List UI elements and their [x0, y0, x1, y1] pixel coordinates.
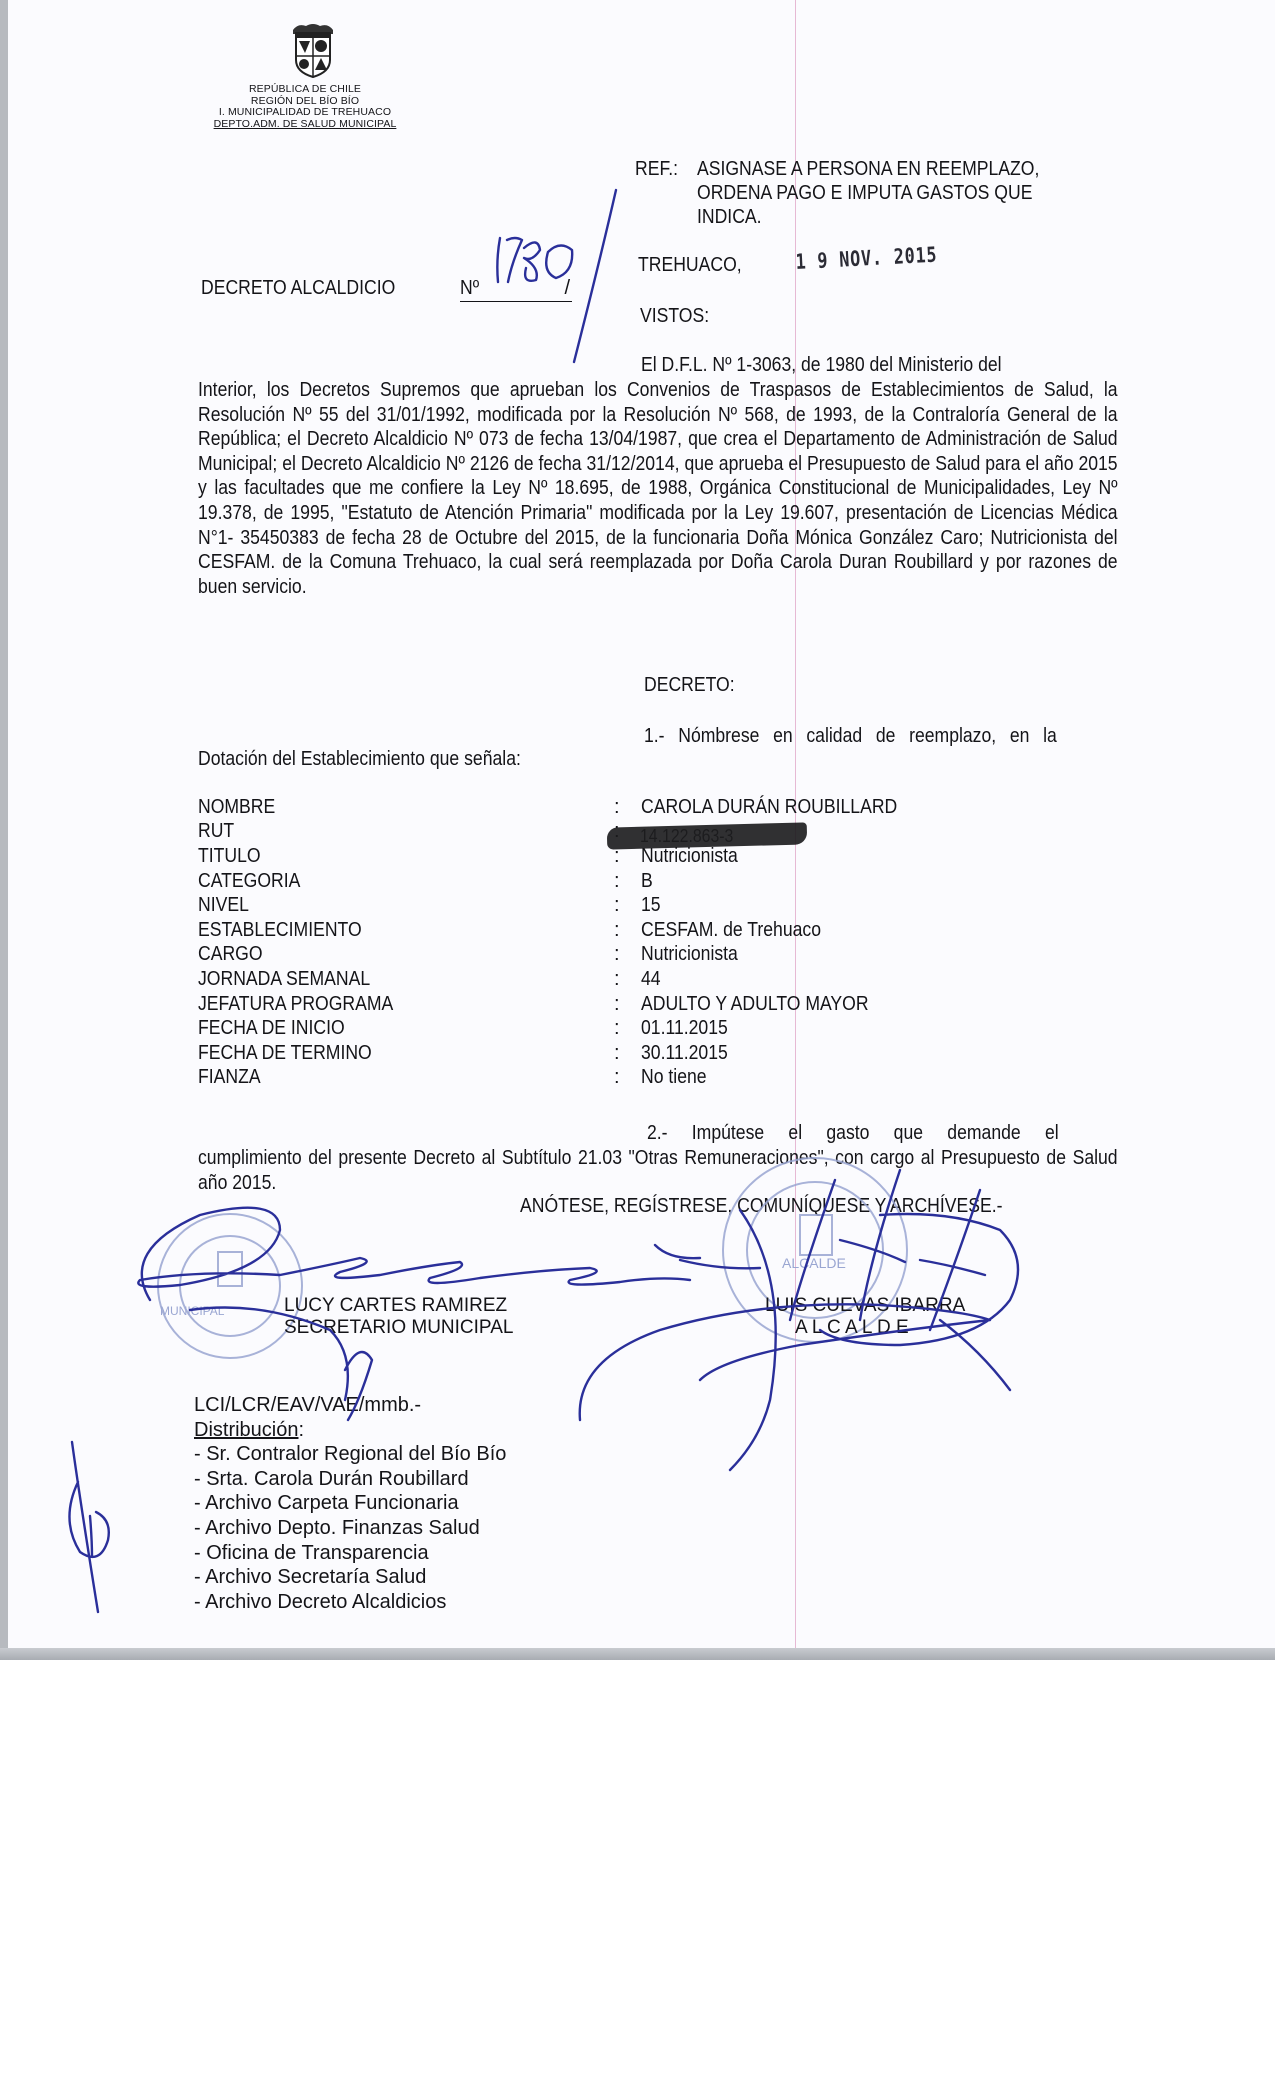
decree-title: DECRETO ALCALDICIO	[201, 277, 422, 300]
field-colon: :	[614, 1017, 620, 1040]
field-colon: :	[614, 894, 620, 917]
distribution-item: - Archivo Secretaría Salud	[194, 1565, 506, 1590]
field-colon: :	[614, 1042, 620, 1065]
field-label-categoria: CATEGORIA	[198, 870, 314, 893]
field-value-nombre: CAROLA DURÁN ROUBILLARD	[641, 796, 932, 819]
field-value-fianza: No tiene	[641, 1066, 716, 1089]
reference-line: INDICA.	[697, 206, 770, 229]
field-colon: :	[614, 845, 620, 868]
letterhead: REPÚBLICA DE CHILE REGIÓN DEL BÍO BÍO I.…	[200, 84, 410, 130]
distribution-heading: Distribución	[194, 1419, 298, 1441]
field-label-nombre: NOMBRE	[198, 796, 286, 819]
decree-number-label: Nº	[460, 277, 479, 300]
field-value-nivel: 15	[641, 894, 663, 917]
field-label-nivel: NIVEL	[198, 894, 256, 917]
distribution-item: - Archivo Decreto Alcaldicios	[194, 1590, 506, 1615]
secretary-title: SECRETARIO MUNICIPAL	[284, 1317, 513, 1339]
field-label-fecha-inicio: FECHA DE INICIO	[198, 1017, 365, 1040]
secretary-signature-block: LUCY CARTES RAMIREZ SECRETARIO MUNICIPAL	[284, 1295, 513, 1339]
field-value-fecha-inicio: 01.11.2015	[641, 1017, 740, 1040]
field-colon: :	[614, 870, 620, 893]
mayor-name: LUIS CUEVAS IBARRA	[765, 1295, 965, 1317]
field-label-jefatura: JEFATURA PROGRAMA	[198, 993, 420, 1016]
reference-line: ORDENA PAGO E IMPUTA GASTOS QUE	[697, 182, 1078, 205]
closing-formula: ANÓTESE, REGÍSTRESE, COMUNÍQUESE Y ARCHÍ…	[520, 1195, 1068, 1218]
scan-bottom-edge	[0, 1648, 1275, 1660]
field-colon: :	[614, 968, 620, 991]
place-label: TREHUACO,	[638, 254, 756, 277]
secretary-name: LUCY CARTES RAMIREZ	[284, 1295, 513, 1317]
decreto-item2-body: cumplimiento del presente Decreto al Sub…	[198, 1146, 1118, 1195]
field-value-cargo: Nutricionista	[641, 943, 751, 966]
field-value-fecha-termino: 30.11.2015	[641, 1042, 740, 1065]
field-colon: :	[614, 919, 620, 942]
decreto-item1-second-line: Dotación del Establecimiento que señala:	[198, 748, 565, 771]
coat-of-arms-icon	[288, 22, 338, 78]
field-value-categoria: B	[641, 870, 654, 893]
vistos-heading: VISTOS:	[640, 305, 719, 328]
field-colon: :	[614, 943, 620, 966]
letterhead-line: I. MUNICIPALIDAD DE TREHUACO	[200, 107, 410, 119]
distribution-item: - Sr. Contralor Regional del Bío Bío	[194, 1442, 506, 1467]
mayor-title: A L C A L D E	[765, 1317, 965, 1339]
field-label-establecimiento: ESTABLECIMIENTO	[198, 919, 384, 942]
decreto-heading: DECRETO:	[644, 674, 747, 697]
mayor-signature-block: LUIS CUEVAS IBARRA A L C A L D E	[765, 1295, 965, 1339]
field-colon: :	[614, 796, 620, 819]
field-value-jefatura: ADULTO Y ADULTO MAYOR	[641, 993, 900, 1016]
letterhead-department: DEPTO.ADM. DE SALUD MUNICIPAL	[200, 119, 410, 131]
distribution-colon: :	[298, 1419, 304, 1441]
field-label-fianza: FIANZA	[198, 1066, 269, 1089]
field-value-jornada: 44	[641, 968, 663, 991]
distribution-item: - Oficina de Transparencia	[194, 1541, 506, 1566]
field-label-rut: RUT	[198, 820, 239, 843]
field-colon: :	[614, 993, 620, 1016]
field-label-jornada: JORNADA SEMANAL	[198, 968, 394, 991]
vistos-body: Interior, los Decretos Supremos que apru…	[198, 378, 1118, 599]
distribution-block: LCI/LCR/EAV/VAE/mmb.- Distribución: - Sr…	[194, 1393, 506, 1614]
letterhead-line: REPÚBLICA DE CHILE	[200, 84, 410, 96]
decree-number-field: Nº /	[460, 277, 572, 302]
distribution-item: - Srta. Carola Durán Roubillard	[194, 1467, 506, 1492]
field-label-fecha-termino: FECHA DE TERMINO	[198, 1042, 395, 1065]
field-label-cargo: CARGO	[198, 943, 271, 966]
field-colon: :	[614, 1066, 620, 1089]
decreto-item1-first-line: 1.- Nómbrese en calidad de reemplazo, en…	[644, 725, 1117, 748]
decreto-item2-first-line: 2.- Impútese el gasto que demande el	[647, 1122, 1115, 1145]
reference-line: ASIGNASE A PERSONA EN REEMPLAZO,	[697, 158, 1086, 181]
initials: LCI/LCR/EAV/VAE/mmb.-	[194, 1393, 506, 1418]
field-value-establecimiento: CESFAM. de Trehuaco	[641, 919, 846, 942]
vistos-first-line: El D.F.L. Nº 1-3063, de 1980 del Ministe…	[641, 354, 1051, 377]
field-value-titulo: Nutricionista	[641, 845, 751, 868]
distribution-heading-row: Distribución:	[194, 1418, 506, 1443]
reference-label: REF.:	[635, 158, 684, 181]
scan-left-edge	[0, 0, 8, 1660]
distribution-item: - Archivo Depto. Finanzas Salud	[194, 1516, 506, 1541]
decree-number-suffix: /	[564, 277, 570, 300]
distribution-item: - Archivo Carpeta Funcionaria	[194, 1491, 506, 1516]
field-label-titulo: TITULO	[198, 845, 269, 868]
